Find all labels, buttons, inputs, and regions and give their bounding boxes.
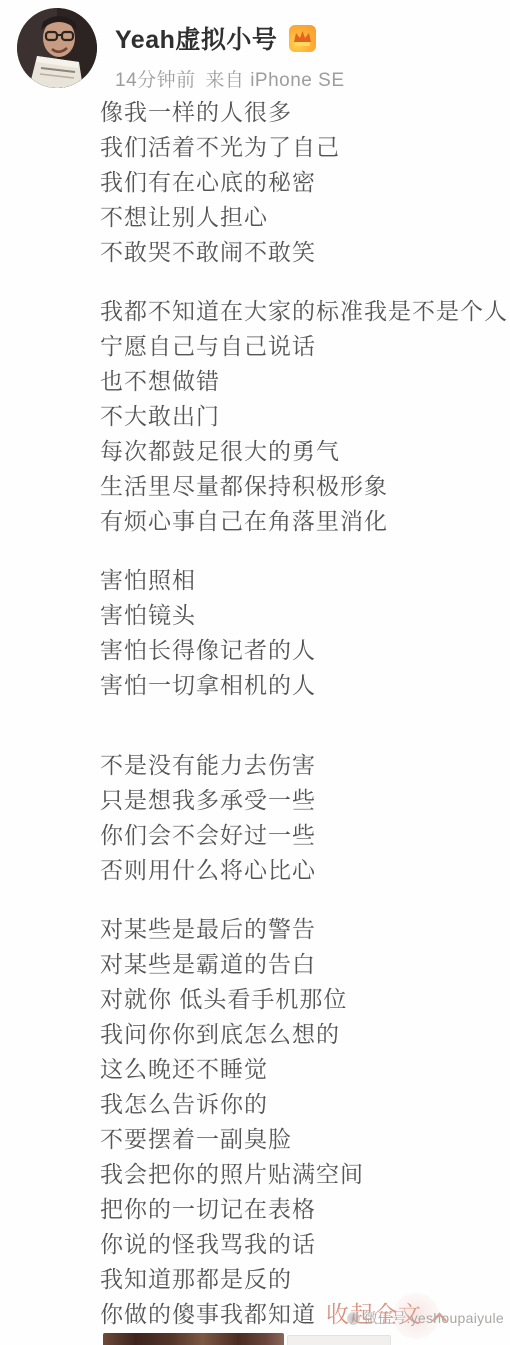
post-header: Yeah虚拟小号 14分钟前 来自 iPhone SE	[17, 8, 349, 92]
poem-line: 我们有在心底的秘密	[100, 165, 500, 200]
avatar[interactable]	[17, 8, 97, 88]
poem-line: 害怕照相	[100, 563, 500, 598]
poem-line: 也不想做错	[100, 364, 500, 399]
poem-line: 不是没有能力去伤害	[100, 748, 500, 783]
poem-line: 不大敢出门	[100, 399, 500, 434]
attached-photo-partial-2[interactable]	[287, 1335, 391, 1345]
username-row: Yeah虚拟小号	[115, 20, 349, 56]
poem-line: 这么晚还不睡觉	[100, 1052, 500, 1087]
poem-line: 不要摆着一副臭脸	[100, 1122, 500, 1157]
poem-line: 害怕镜头	[100, 598, 500, 633]
weibo-post: Yeah虚拟小号 14分钟前 来自 iPhone SE 像我一样的人很多 我们活…	[0, 0, 510, 1345]
post-time: 14分钟前	[115, 70, 196, 91]
watermark: 微信号:yeshoupaiyule	[347, 1308, 505, 1328]
vip-crown-icon	[289, 25, 316, 52]
username[interactable]: Yeah虚拟小号	[115, 20, 277, 56]
post-content: 像我一样的人很多 我们活着不光为了自己 我们有在心底的秘密 不想让别人担心 不敢…	[100, 95, 500, 1332]
poem-line: 我知道那都是反的	[100, 1262, 500, 1297]
poem-line: 宁愿自己与自己说话	[100, 329, 500, 364]
poem-line-text: 你做的傻事我都知道	[100, 1301, 316, 1327]
poem-line: 我都不知道在大家的标准我是不是个人	[100, 294, 500, 329]
stanza-4: 不是没有能力去伤害 只是想我多承受一些 你们会不会好过一些 否则用什么将心比心	[100, 748, 500, 888]
poem-line: 你说的怪我骂我的话	[100, 1227, 500, 1262]
stanza-5: 对某些是最后的警告 对某些是霸道的告白 对就你 低头看手机那位 我问你你到底怎么…	[100, 912, 500, 1332]
watermark-logo-icon	[347, 1312, 360, 1325]
post-source: 来自 iPhone SE	[205, 70, 344, 91]
poem-line: 不想让别人担心	[100, 200, 500, 235]
header-text: Yeah虚拟小号 14分钟前 来自 iPhone SE	[115, 8, 349, 92]
attached-photo-partial[interactable]	[103, 1333, 284, 1345]
poem-line: 我怎么告诉你的	[100, 1087, 500, 1122]
poem-line: 对某些是霸道的告白	[100, 947, 500, 982]
poem-line: 否则用什么将心比心	[100, 853, 500, 888]
poem-line: 对就你 低头看手机那位	[100, 982, 500, 1017]
post-meta: 14分钟前 来自 iPhone SE	[115, 65, 349, 92]
poem-line: 害怕一切拿相机的人	[100, 668, 500, 703]
poem-line: 你们会不会好过一些	[100, 818, 500, 853]
poem-line: 把你的一切记在表格	[100, 1192, 500, 1227]
poem-line: 每次都鼓足很大的勇气	[100, 434, 500, 469]
poem-line: 像我一样的人很多	[100, 95, 500, 130]
avatar-image	[17, 8, 97, 88]
stanza-3: 害怕照相 害怕镜头 害怕长得像记者的人 害怕一切拿相机的人	[100, 563, 500, 703]
poem-line: 我问你你到底怎么想的	[100, 1017, 500, 1052]
stanza-1: 像我一样的人很多 我们活着不光为了自己 我们有在心底的秘密 不想让别人担心 不敢…	[100, 95, 500, 270]
watermark-text: 微信号:yeshoupaiyule	[364, 1308, 505, 1328]
poem-line: 对某些是最后的警告	[100, 912, 500, 947]
stanza-2: 我都不知道在大家的标准我是不是个人 宁愿自己与自己说话 也不想做错 不大敢出门 …	[100, 294, 500, 539]
poem-line: 有烦心事自己在角落里消化	[100, 504, 500, 539]
poem-line: 生活里尽量都保持积极形象	[100, 469, 500, 504]
poem-line: 我们活着不光为了自己	[100, 130, 500, 165]
poem-line: 害怕长得像记者的人	[100, 633, 500, 668]
poem-line: 我会把你的照片贴满空间	[100, 1157, 500, 1192]
poem-line: 只是想我多承受一些	[100, 783, 500, 818]
poem-line: 不敢哭不敢闹不敢笑	[100, 235, 500, 270]
